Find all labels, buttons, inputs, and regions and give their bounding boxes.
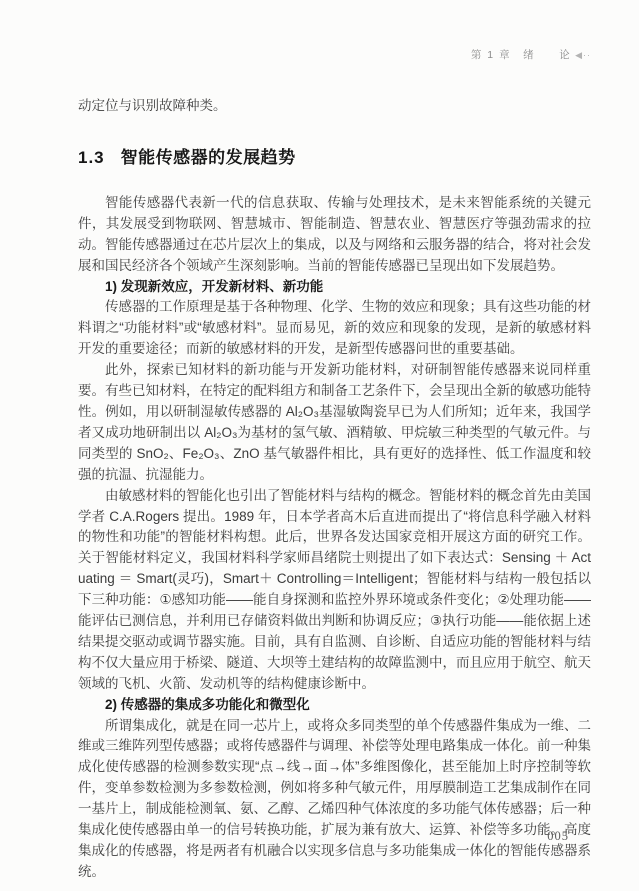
subheading-2: 2) 传感器的集成多功能化和微型化 [78, 695, 591, 716]
paragraph: 智能传感器代表新一代的信息获取、传输与处理技术，是未来智能系统的关键元件，其发展… [78, 193, 591, 277]
continuation-paragraph: 动定位与识别故障种类。 [78, 96, 591, 117]
book-page: 第 1 章 绪 论◀·· 动定位与识别故障种类。 1.3智能传感器的发展趋势 智… [0, 0, 639, 891]
section-title: 1.3智能传感器的发展趋势 [78, 146, 591, 170]
chapter-title: 绪 论 [523, 49, 571, 61]
paragraph: 由敏感材料的智能化也引出了智能材料与结构的概念。智能材料的概念首先由美国学者 C… [78, 486, 591, 695]
chapter-number: 第 1 章 [471, 49, 511, 61]
body-text: 智能传感器代表新一代的信息获取、传输与处理技术，是未来智能系统的关键元件，其发展… [78, 193, 591, 883]
page-number: 005 [547, 829, 569, 844]
paragraph: 所谓集成化，就是在同一芯片上，或将众多同类型的单个传感器件集成为一维、二维或三维… [78, 716, 591, 883]
subheading-1: 1) 发现新效应，开发新材料、新功能 [78, 277, 591, 298]
header-arrow-icon: ◀·· [575, 50, 591, 60]
running-header: 第 1 章 绪 论◀·· [78, 49, 591, 62]
paragraph: 传感器的工作原理是基于各种物理、化学、生物的效应和现象；具有这些功能的材料谓之“… [78, 297, 591, 360]
section-number: 1.3 [78, 148, 105, 167]
paragraph: 此外，探索已知材料的新功能与开发新功能材料，对研制智能传感器来说同样重要。有些已… [78, 360, 591, 485]
section-title-text: 智能传感器的发展趋势 [121, 148, 296, 167]
